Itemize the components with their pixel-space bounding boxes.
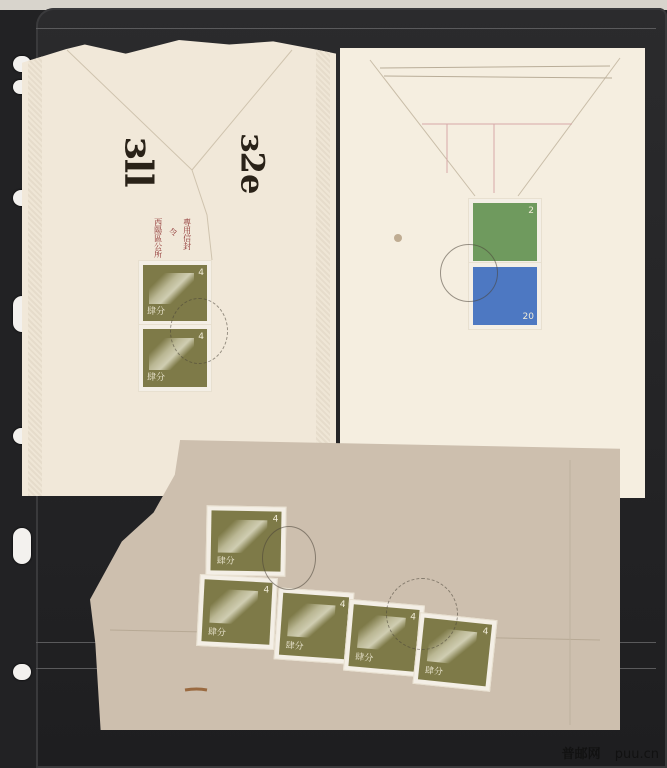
sleeve-divider (36, 28, 656, 29)
stamp-great-wall: 肆分 4 (196, 574, 278, 650)
stamp-denomination: 4 (198, 268, 204, 278)
postmark (262, 526, 316, 590)
cover-top-left: ɜll ɜ2e 西陽區公所 令 專用信封 肆分 4 肆分 4 (22, 40, 336, 496)
album-page: ɜll ɜ2e 西陽區公所 令 專用信封 肆分 4 肆分 4 (0, 0, 667, 768)
binder-hole (13, 664, 31, 680)
stamp-value-label: 肆分 (208, 625, 227, 639)
envelope-border (28, 40, 42, 496)
stamp-value-label: 肆分 (147, 304, 165, 317)
stamp-denomination: 20 (523, 312, 534, 322)
postmark (440, 244, 498, 302)
stamp-value-label: 肆分 (424, 663, 443, 678)
stamp-value-label: 肆分 (147, 370, 165, 383)
stamp-face: 肆分 4 (201, 579, 272, 644)
stamp-value-label: 肆分 (285, 638, 304, 652)
watermark: 普邮网 puu.cn (562, 743, 659, 762)
stamp-denomination: 2 (528, 206, 534, 216)
stamp-denomination: 4 (339, 600, 345, 610)
stamp-denomination: 4 (273, 514, 279, 524)
postmark (386, 578, 458, 650)
stamp-great-wall: 肆分 4 (274, 587, 355, 664)
watermark-domain: puu.cn (615, 747, 659, 762)
stamp-denomination: 4 (263, 585, 269, 595)
red-handstamp: 西陽區公所 (153, 218, 163, 258)
handwriting: ɜ2e (233, 134, 271, 195)
cover-top-right: 2 20 (340, 48, 645, 498)
red-handstamp: 專用信封 (182, 218, 192, 250)
handwriting: ɜll (117, 137, 162, 187)
watermark-site-name: 普邮网 (562, 747, 601, 762)
stamp-value-label: 肆分 (355, 650, 374, 665)
red-handstamp: 令 (168, 228, 178, 236)
binder-hole (13, 528, 31, 564)
stamp-value-label: 肆分 (217, 553, 235, 566)
stamp-denomination: 4 (482, 627, 489, 638)
envelope-border (316, 40, 330, 496)
postmark (170, 298, 228, 364)
stamp-face: 肆分 4 (279, 593, 349, 659)
